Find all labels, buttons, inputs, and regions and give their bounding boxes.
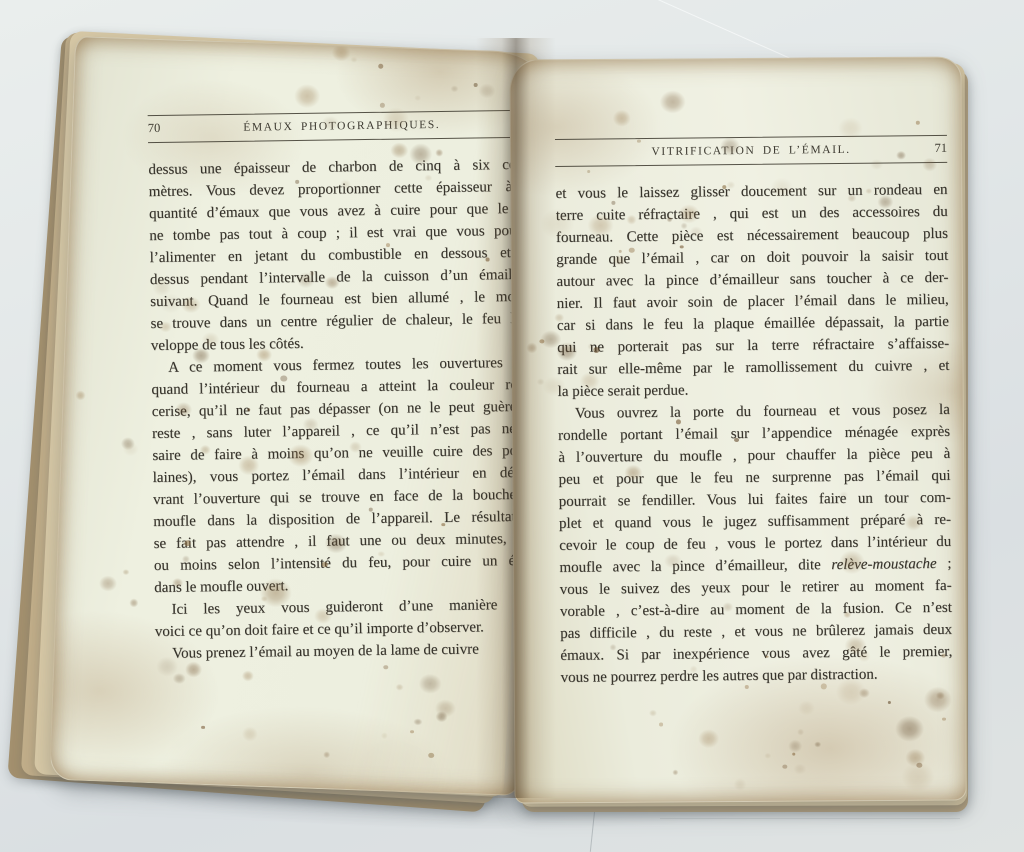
foxing-spot — [478, 83, 496, 99]
foxing-spot — [122, 569, 129, 576]
book-photograph: 70 ÉMAUX PHOTOGRAPHIQUES. dessus une épa… — [0, 0, 1024, 852]
running-head-left: 70 ÉMAUX PHOTOGRAPHIQUES. — [148, 110, 536, 143]
text-line: émaux. Si par inexpérience vous avez gât… — [560, 641, 952, 667]
foxing-spot — [451, 85, 459, 92]
foxing-spot — [378, 63, 384, 68]
paragraph: et vous le laissez glisser doucement sur… — [555, 179, 949, 403]
foxing-spot — [917, 763, 923, 768]
foxing-spot — [435, 711, 448, 723]
foxing-spot — [905, 749, 925, 767]
foxing-spot — [788, 740, 803, 753]
page-number-70: 70 — [148, 121, 161, 136]
foxing-spot — [99, 575, 118, 592]
foxing-spot — [380, 103, 385, 108]
text-line: rait sur elle-même par le ramollissement… — [557, 355, 949, 381]
foxing-spot — [733, 778, 747, 791]
foxing-spot — [129, 598, 139, 607]
text-line: vous ne pourrez perdre les autres que pa… — [560, 663, 952, 689]
foxing-spot — [764, 753, 771, 759]
right-page: VITRIFICATION DE L’ÉMAIL. 71 et vous le … — [509, 56, 966, 803]
foxing-spot — [428, 752, 434, 757]
foxing-spot — [474, 83, 478, 87]
paragraph: Vous prenez l’émail au moyen de la lame … — [155, 638, 543, 665]
foxing-spot — [201, 726, 205, 729]
foxing-spot — [793, 763, 806, 775]
running-head-right: VITRIFICATION DE L’ÉMAIL. 71 — [555, 135, 947, 167]
running-title-right: VITRIFICATION DE L’ÉMAIL. — [651, 143, 850, 157]
foxing-spot — [410, 730, 414, 734]
paragraph: dessus une épaisseur de charbon de cinq … — [148, 154, 539, 357]
right-page-text: et vous le laissez glisser doucement sur… — [555, 179, 952, 689]
paragraph: Ici les yeux vous guideront d’une manièr… — [154, 594, 543, 643]
foxing-spot — [915, 121, 919, 125]
foxing-spot — [539, 339, 544, 344]
foxing-spot — [331, 44, 351, 62]
foxing-spot — [75, 391, 86, 401]
foxing-spot — [672, 769, 679, 775]
paragraph: A ce moment vous fermez toutes les ouver… — [151, 352, 542, 599]
foxing-spot — [924, 687, 952, 713]
foxing-spot — [396, 684, 404, 691]
foxing-spot — [380, 732, 388, 739]
foxing-spot — [698, 730, 719, 749]
running-title-left: ÉMAUX PHOTOGRAPHIQUES. — [243, 118, 440, 133]
foxing-spot — [121, 437, 135, 450]
left-page-text: dessus une épaisseur de charbon de cinq … — [148, 154, 543, 665]
foxing-spot — [887, 701, 891, 705]
left-page: 70 ÉMAUX PHOTOGRAPHIQUES. dessus une épa… — [49, 36, 545, 796]
foxing-spot — [242, 727, 259, 742]
foxing-spot — [293, 84, 321, 109]
foxing-spot — [526, 343, 538, 354]
foxing-spot — [783, 764, 788, 768]
foxing-spot — [936, 692, 945, 700]
foxing-spot — [792, 753, 795, 756]
foxing-spot — [659, 90, 685, 114]
foxing-spot — [798, 700, 815, 716]
paragraph: Vous ouvrez la porte du fourneau et vous… — [558, 399, 953, 689]
foxing-spot — [172, 672, 185, 684]
foxing-spot — [649, 709, 658, 717]
foxing-spot — [435, 699, 456, 718]
foxing-spot — [536, 378, 544, 385]
foxing-spot — [859, 688, 870, 698]
foxing-spot — [797, 729, 804, 736]
foxing-spot — [895, 716, 924, 742]
page-number-71: 71 — [935, 141, 948, 156]
foxing-spot — [323, 751, 331, 758]
foxing-spot — [413, 718, 422, 726]
foxing-spot — [613, 110, 631, 126]
foxing-spot — [350, 56, 357, 63]
foxing-spot — [942, 718, 945, 721]
text-line: Vous prenez l’émail au moyen de la lame … — [155, 638, 543, 665]
foxing-spot — [414, 94, 422, 101]
foxing-spot — [814, 742, 821, 748]
foxing-spot — [418, 673, 441, 694]
foxing-spot — [242, 670, 255, 682]
foxing-spot — [122, 442, 138, 457]
foxing-spot — [383, 665, 388, 669]
foxing-spot — [659, 723, 663, 727]
foxing-spot — [901, 761, 935, 791]
